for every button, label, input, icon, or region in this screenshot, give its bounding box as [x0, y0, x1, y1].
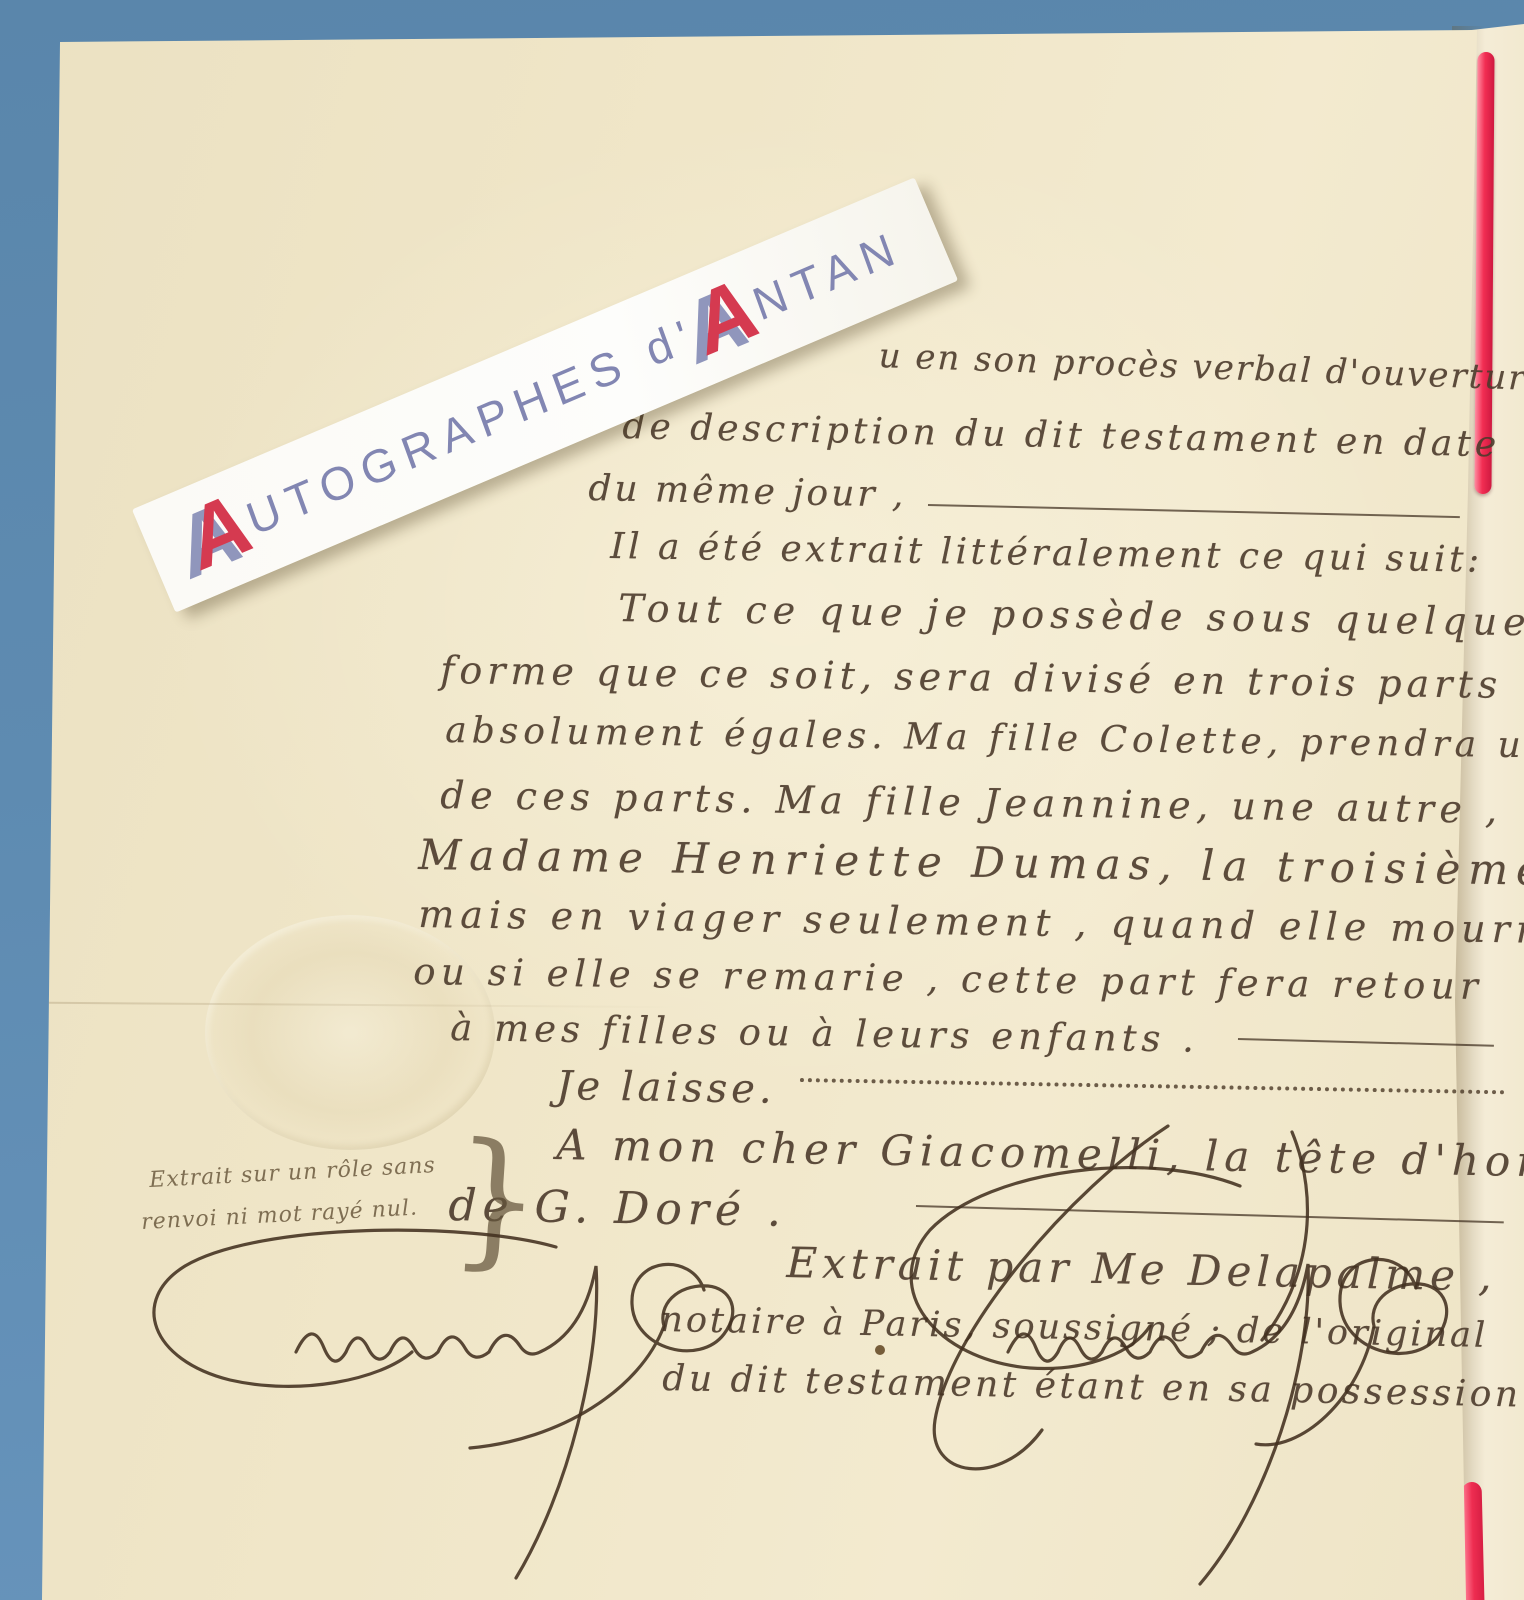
manuscript-line: Je laisse.: [556, 1063, 776, 1113]
margin-note-brace: }: [446, 1111, 546, 1288]
photograph-of-manuscript: u en son procès verbal d'ouverture de de…: [0, 0, 1524, 1600]
manuscript-line: du même jour ,: [588, 468, 907, 516]
